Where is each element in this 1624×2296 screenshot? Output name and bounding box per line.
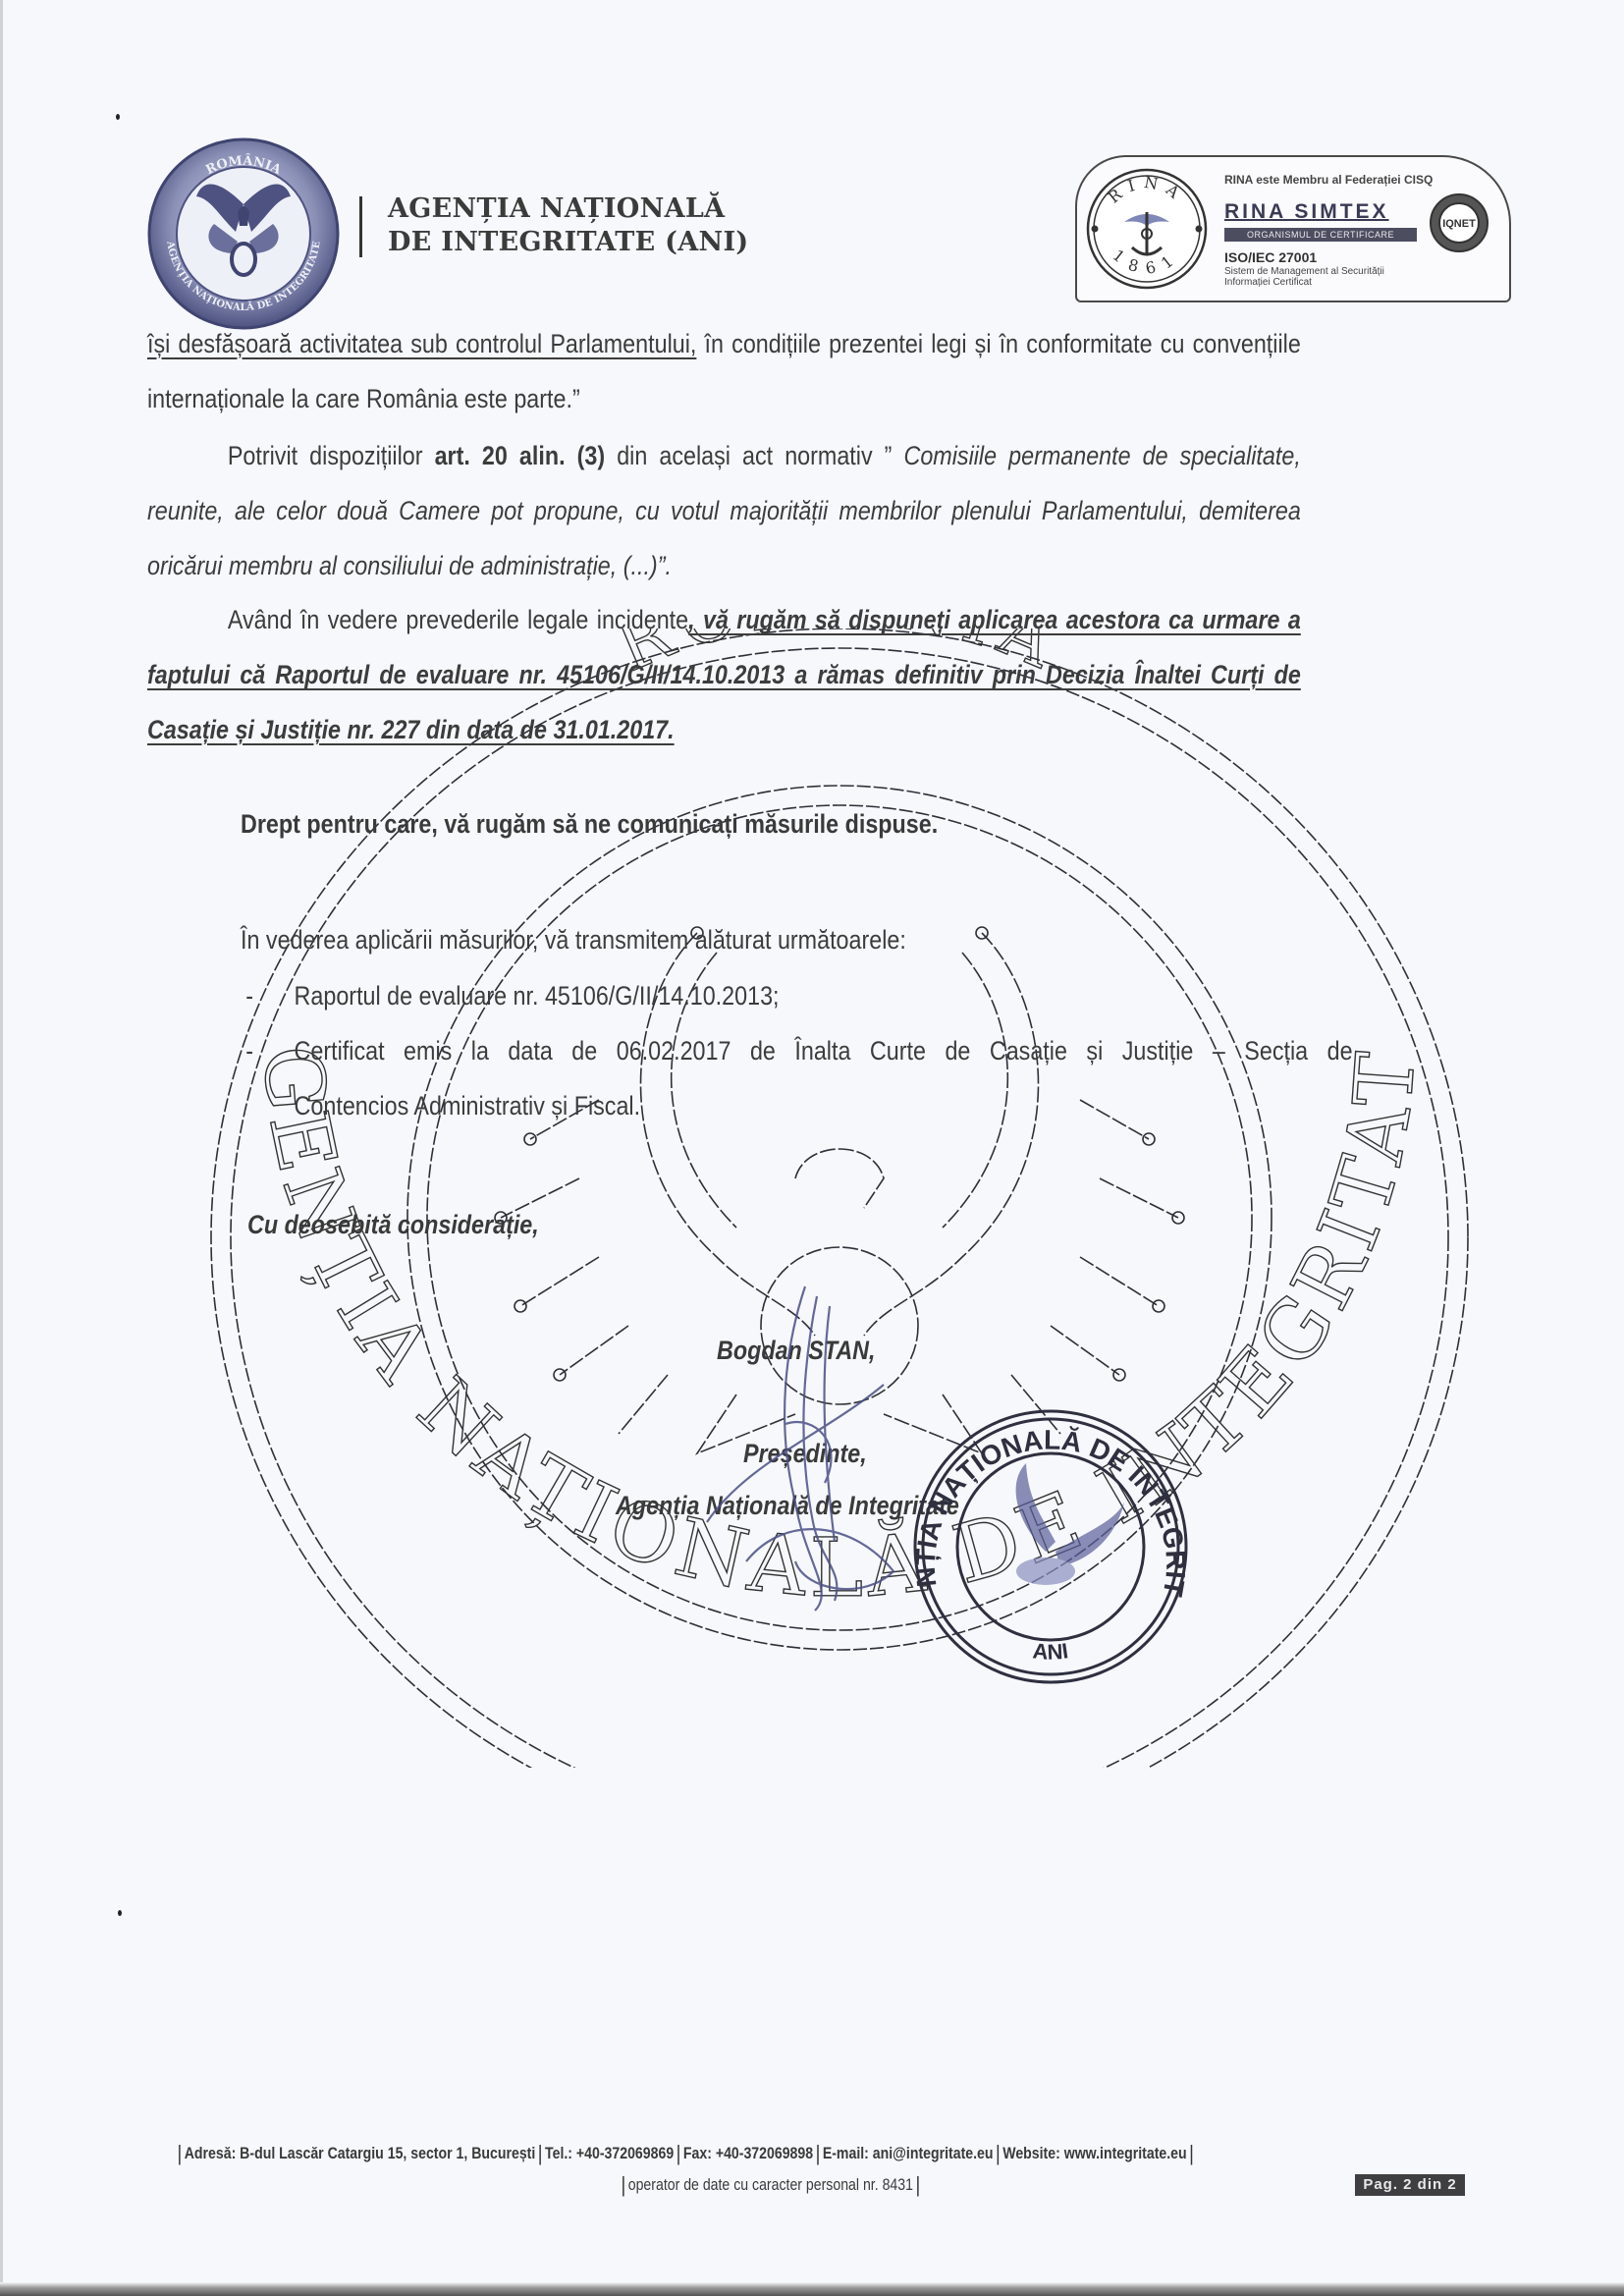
signatory-name: Bogdan STAN, [717, 1336, 876, 1366]
scan-edge [0, 2282, 1624, 2296]
signatory-organization: Agenția Națională de Integritate [616, 1491, 959, 1521]
scan-edge [0, 0, 3, 2296]
certification-badge: RINA 1861 RINA este Membru al Federației… [1075, 155, 1511, 302]
official-seal-stamp: ROMÂNIA AGENȚIA NAȚIONALĂ DE INTEGRITATE [206, 629, 1473, 1768]
paragraph-request: Având în vedere prevederile legale incid… [147, 592, 1301, 757]
agency-name: AGENȚIA NAȚIONALĂ DE INTEGRITATE (ANI) [388, 192, 748, 259]
attachments-list: - Raportul de evaluare nr. 45106/G/II/14… [241, 968, 1425, 1133]
signatory-role: Președinte, [743, 1439, 867, 1469]
closing-salutation: Cu deosebită considerație, [247, 1210, 539, 1240]
scan-speck [118, 1910, 122, 1916]
header-divider [359, 196, 362, 257]
ani-logo-icon: ROMÂNIA AGENȚIA NAȚIONALĂ DE INTEGRITATE [145, 136, 342, 332]
scan-speck [116, 114, 120, 120]
iqnet-logo-icon: IQNET [1429, 192, 1489, 253]
ani-round-stamp: AGENȚIA NAȚIONALĂ DE INTEGRITATE ANI [898, 1404, 1203, 1689]
attachments-intro: În vederea aplicării măsurilor, vă trans… [241, 925, 906, 956]
paragraph-legal-provision: Potrivit dispozițiilor art. 20 alin. (3)… [147, 428, 1301, 593]
paragraph-law-quote: își desfășoară activitatea sub controlul… [147, 316, 1301, 426]
list-item: - Certificat emis la data de 06.02.2017 … [241, 1023, 1425, 1133]
page-number: Pag. 2 din 2 [1355, 2174, 1465, 2196]
svg-text:ANI: ANI [1032, 1638, 1070, 1665]
footer-operator: |operator de date cu caracter personal n… [619, 2172, 923, 2198]
footer-contact: |Adresă: B-dul Lascăr Catargiu 15, secto… [175, 2141, 1234, 2166]
request-measures: Drept pentru care, vă rugăm să ne comuni… [241, 809, 938, 840]
rina-seal-icon: RINA 1861 [1085, 167, 1209, 291]
list-item: - Raportul de evaluare nr. 45106/G/II/14… [241, 968, 1425, 1023]
svg-text:IQNET: IQNET [1442, 218, 1476, 230]
